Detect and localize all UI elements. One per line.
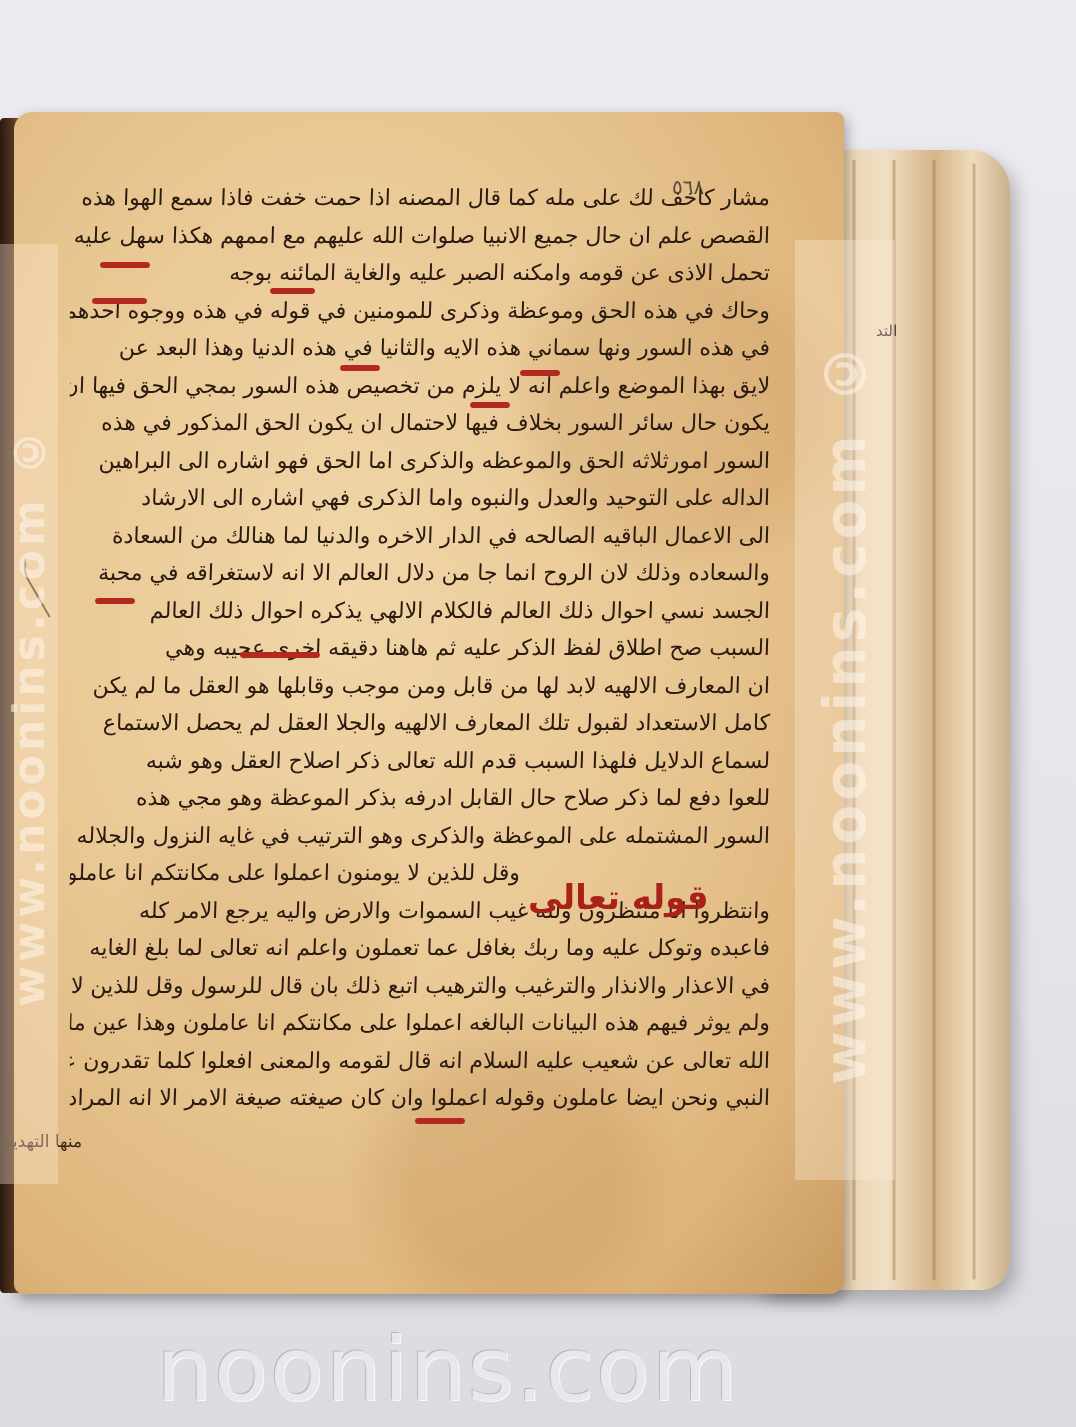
text-line: فاعبده وتوكل عليه وما ربك بغافل عما تعمل… [69, 930, 770, 968]
red-overline-mark [470, 402, 510, 408]
text-line: تحمل الاذى عن قومه وامكنه الصبر عليه وال… [69, 255, 770, 293]
text-line: ان المعارف الالهيه لابد لها من قابل ومن … [69, 668, 770, 706]
red-overline-mark [415, 1118, 465, 1124]
text-line: يكون حال سائر السور بخلاف فيها لاحتمال ا… [69, 405, 770, 443]
footer-watermark: noonins.com [0, 1318, 1076, 1421]
watermark-text: www.noonins.com © [4, 422, 55, 1007]
rubric-heading: قوله تعالى [528, 878, 709, 918]
red-overline-mark [340, 365, 380, 371]
red-overline-mark [520, 370, 560, 376]
text-line: الجسد نسي احوال ذلك العالم فالكلام الاله… [69, 593, 770, 631]
red-overline-mark [100, 262, 150, 268]
text-line: النبي ونحن ايضا عاملون وقوله اعملوا وان … [69, 1080, 770, 1118]
red-overline-mark [270, 288, 315, 294]
text-line: السبب صح اطلاق لفظ الذكر عليه ثم هاهنا د… [69, 630, 770, 668]
text-line: القصص علم ان حال جميع الانبيا صلوات الله… [69, 218, 770, 256]
text-line: للعوا دفع لما ذكر صلاح حال القابل ادرفه … [69, 780, 770, 818]
text-line: في هذه السور ونها سماني هذه الايه والثان… [69, 330, 770, 368]
text-line: الى الاعمال الباقيه الصالحه في الدار الا… [69, 518, 770, 556]
text-line: مشار كاخف لك على مله كما قال المصنه اذا … [69, 180, 770, 218]
text-line: الله تعالى عن شعيب عليه السلام انه قال ل… [69, 1043, 770, 1081]
text-line: وحاك في هذه الحق وموعظة وذكرى للمومنين ف… [69, 293, 770, 331]
watermark-text: www.noonins.com © [811, 335, 879, 1085]
text-line: لايق بهذا الموضع واعلم انه لا يلزم من تخ… [69, 368, 770, 406]
text-line: السور المشتمله على الموعظة والذكرى وهو ا… [69, 818, 770, 856]
watermark-vertical-left: www.noonins.com © [0, 244, 58, 1184]
manuscript-text-block: مشار كاخف لك على مله كما قال المصنه اذا … [70, 180, 770, 1118]
red-overline-mark [92, 298, 147, 304]
text-line: كامل الاستعداد لقبول تلك المعارف الالهيه… [69, 705, 770, 743]
red-overline-mark [240, 652, 320, 658]
watermark-vertical-right: www.noonins.com © [795, 240, 895, 1180]
red-overline-mark [95, 598, 135, 604]
text-line: السور امورثلاثه الحق والموعظه والذكرى ام… [69, 443, 770, 481]
text-line: ولم يوثر فيهم هذه البيانات البالغه اعملو… [69, 1005, 770, 1043]
text-line: في الاعذار والانذار والترغيب والترهيب ات… [69, 968, 770, 1006]
text-line: الداله على التوحيد والعدل والنبوه واما ا… [69, 480, 770, 518]
text-line: والسعاده وذلك لان الروح انما جا من دلال … [69, 555, 770, 593]
text-line: لسماع الدلايل فلهذا السبب قدم الله تعالى… [69, 743, 770, 781]
